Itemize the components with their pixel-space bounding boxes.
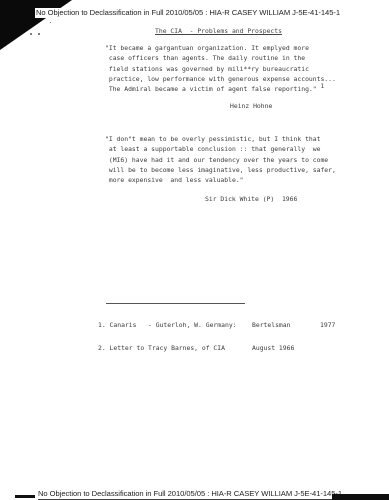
footnote-ref: 1 xyxy=(320,83,324,90)
quote-line: case officers than agents. The daily rou… xyxy=(105,54,305,62)
footnote-divider xyxy=(106,303,245,304)
footnote-1-publisher: Bertelsman xyxy=(252,321,290,329)
declassification-stamp-bottom: No Objection to Declassification in Full… xyxy=(38,489,342,500)
scan-speck xyxy=(30,33,32,35)
footnote-1-date: 1977 xyxy=(320,321,335,329)
quote-line: at least a supportable conclusion :: tha… xyxy=(105,145,320,153)
quote-line: "It became a gargantuan organization. It… xyxy=(105,44,309,52)
quote-line: The Admiral became a victim of agent fal… xyxy=(105,85,317,93)
footnote-1-text: 1. Canaris - Guterloh, W. Germany: xyxy=(98,321,237,329)
scan-edge-bar-right xyxy=(332,494,389,500)
quote-line: (MI6) have had it and our tendency over … xyxy=(105,156,328,164)
footnote-2-date: August 1966 xyxy=(252,344,294,352)
footnote-2-text: 2. Letter to Tracy Barnes, of CIA xyxy=(98,344,225,352)
quote-line: field stations was governed by mili**ry … xyxy=(105,65,309,73)
scan-speck xyxy=(38,33,40,35)
scan-edge-bar-left xyxy=(15,495,35,498)
quote-white: "I don"t mean to be overly pessimistic, … xyxy=(105,134,336,185)
quote-hohne: "It became a gargantuan organization. It… xyxy=(105,43,336,95)
document-title: The CIA - Problems and Prospects xyxy=(155,27,282,35)
quote-line: more expensive and less valuable." xyxy=(105,176,244,184)
attribution-hohne: Heinz Hohne xyxy=(230,102,272,110)
scan-speck xyxy=(50,22,51,23)
quote-line: "I don"t mean to be overly pessimistic, … xyxy=(105,135,320,143)
quote-line: will be to become less imaginative, less… xyxy=(105,166,336,174)
quote-line: practice, low performance with generous … xyxy=(105,75,336,83)
declassification-stamp-top: No Objection to Declassification in Full… xyxy=(35,8,342,18)
attribution-white: Sir Dick White (P) 1966 xyxy=(205,195,297,203)
